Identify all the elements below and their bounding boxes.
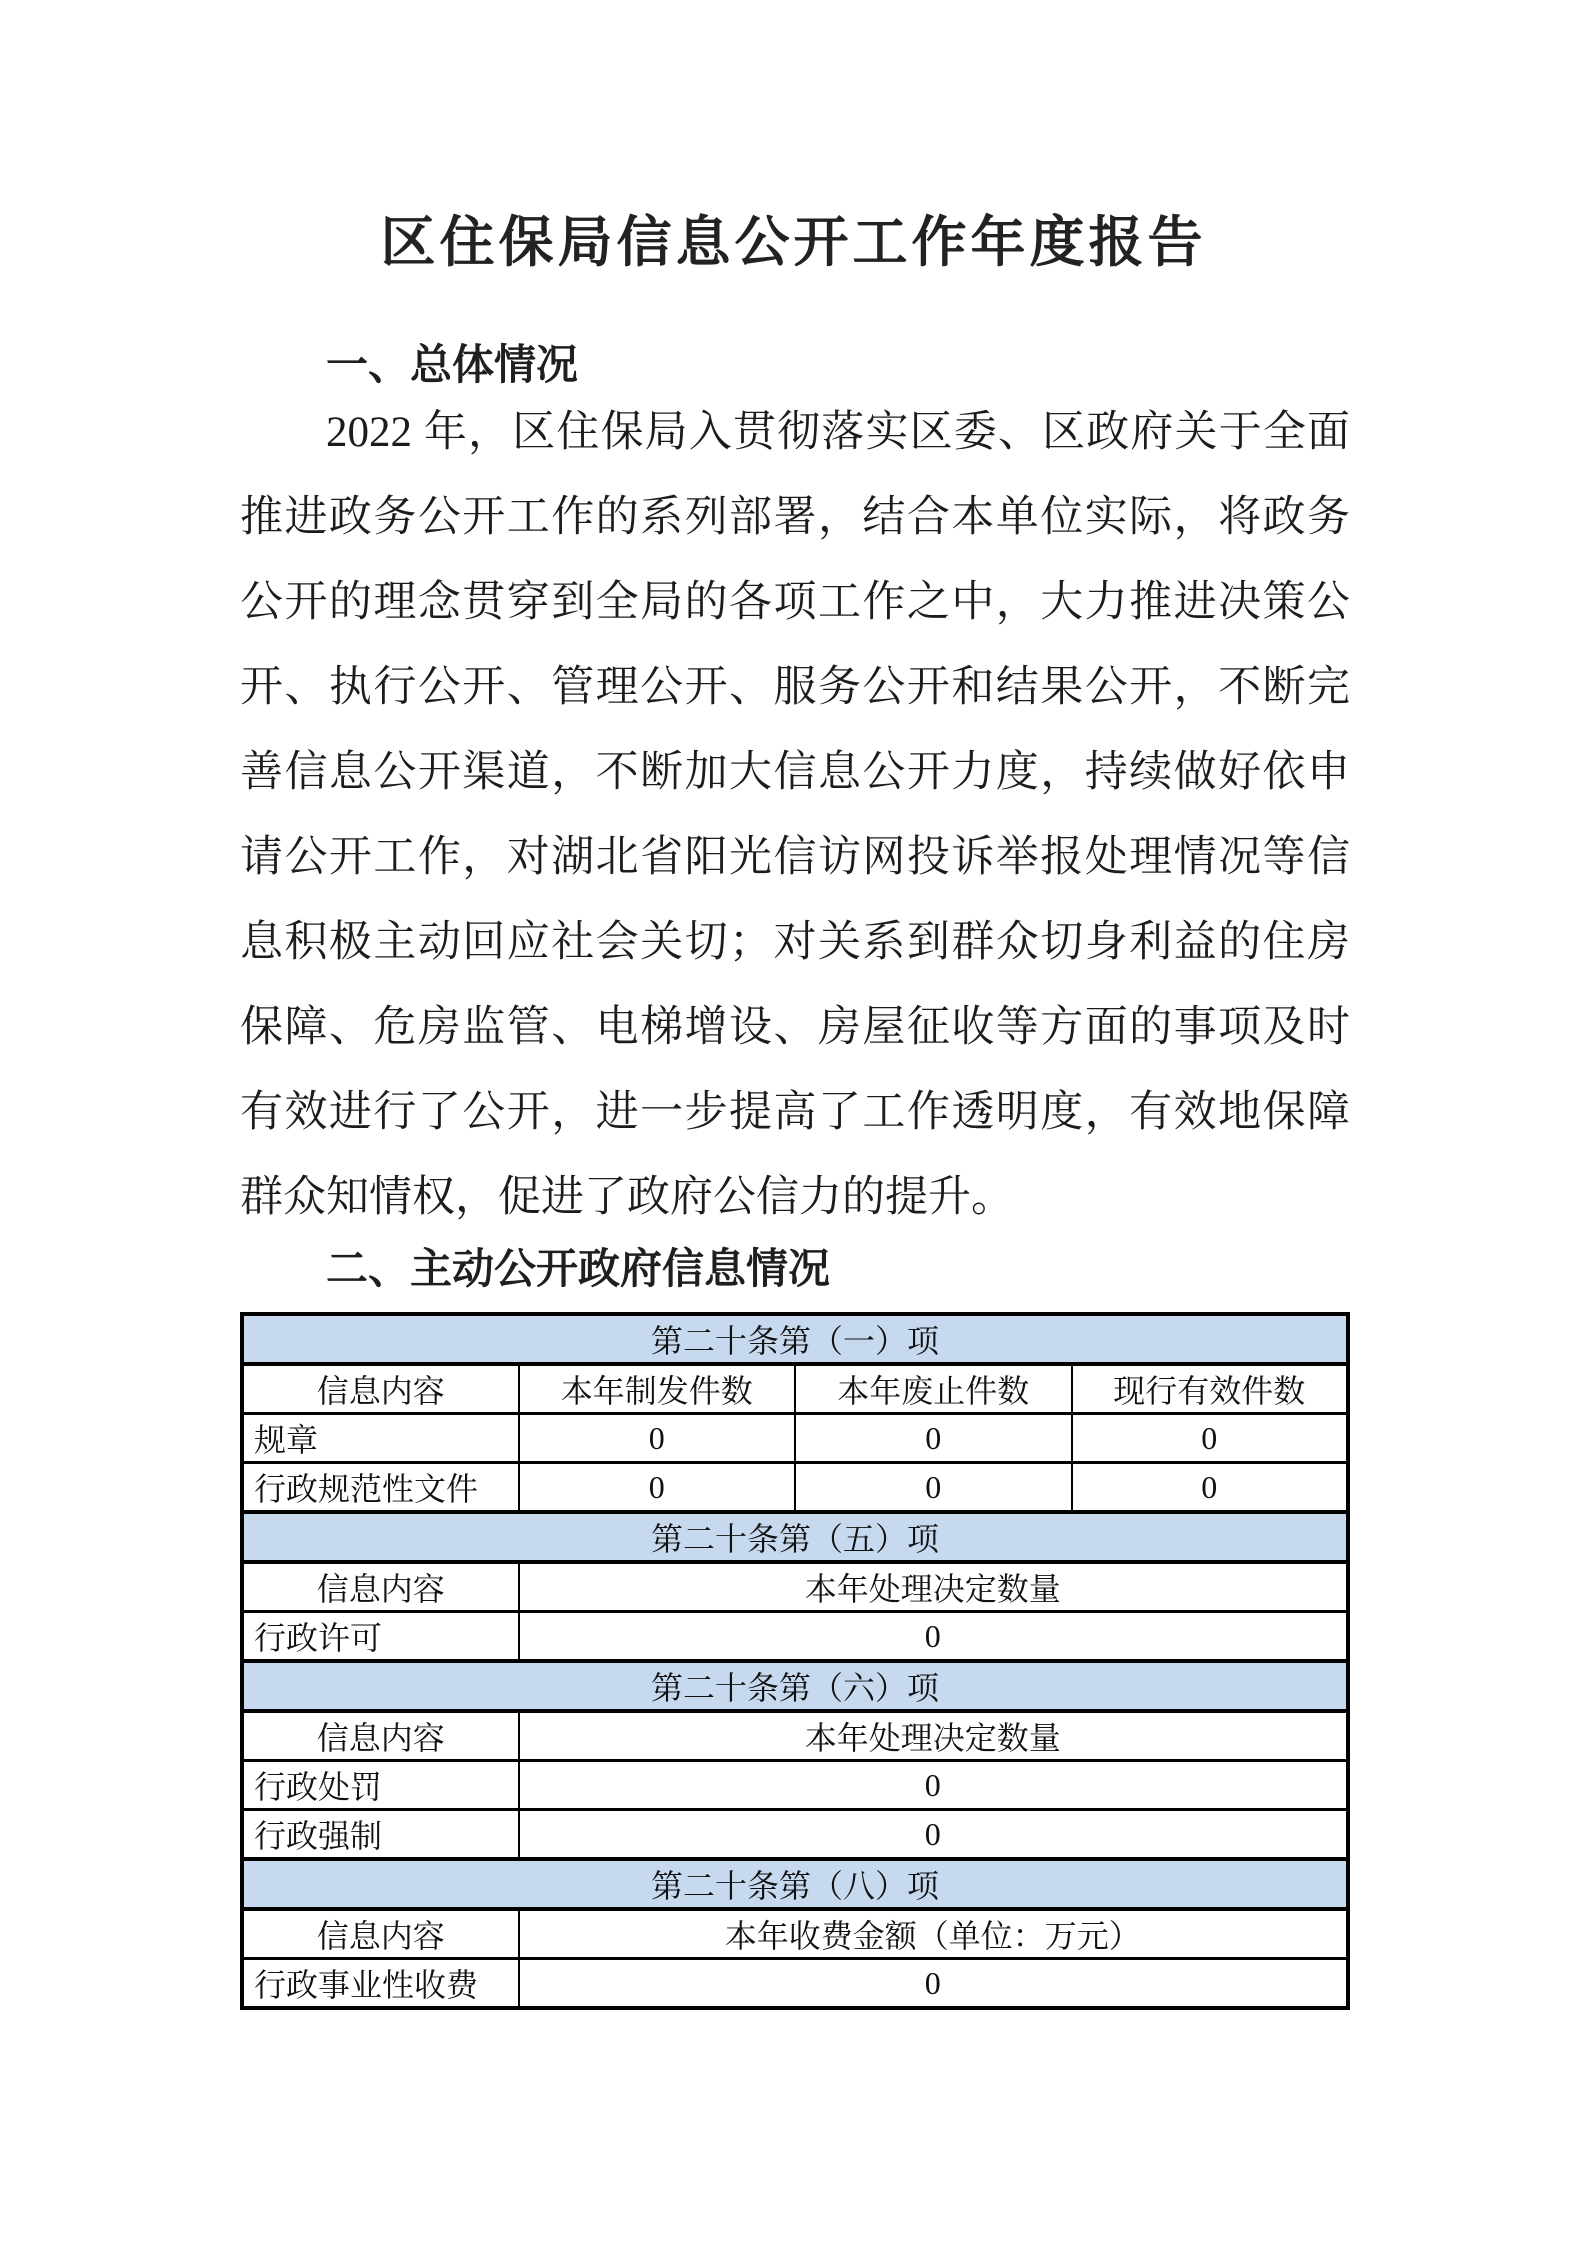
table-band-article-5: 第二十条第（五）项 <box>242 1512 1348 1562</box>
table-header-row: 信息内容 本年处理决定数量 <box>242 1711 1348 1761</box>
table-band-row: 第二十条第（八）项 <box>242 1859 1348 1909</box>
table-band-article-8: 第二十条第（八）项 <box>242 1859 1348 1909</box>
table-cell: 0 <box>795 1463 1072 1513</box>
table-header-row: 信息内容 本年处理决定数量 <box>242 1562 1348 1612</box>
table-cell: 0 <box>519 1414 796 1463</box>
table-row-label: 行政许可 <box>242 1612 519 1662</box>
table-row: 行政规范性文件 0 0 0 <box>242 1463 1348 1513</box>
section-heading-overview: 一、总体情况 <box>240 340 1350 390</box>
table-header-cell: 本年处理决定数量 <box>519 1711 1349 1761</box>
table-row-label: 行政处罚 <box>242 1761 519 1810</box>
document-content: 一、总体情况 2022 年，区住保局入贯彻落实区委、区政府关于全面推进政务公开工… <box>0 340 1587 2010</box>
table-band-row: 第二十条第（一）项 <box>242 1314 1348 1364</box>
table-row-label: 行政强制 <box>242 1810 519 1860</box>
table-cell: 0 <box>795 1414 1072 1463</box>
overview-paragraph: 2022 年，区住保局入贯彻落实区委、区政府关于全面推进政务公开工作的系列部署，… <box>240 390 1350 1240</box>
disclosure-table-wrapper: 第二十条第（一）项 信息内容 本年制发件数 本年废止件数 现行有效件数 规章 0… <box>240 1312 1350 2010</box>
table-header-row: 信息内容 本年收费金额（单位：万元） <box>242 1909 1348 1959</box>
table-row: 行政许可 0 <box>242 1612 1348 1662</box>
table-header-cell: 本年收费金额（单位：万元） <box>519 1909 1349 1959</box>
table-cell: 0 <box>519 1761 1349 1810</box>
table-cell: 0 <box>519 1463 796 1513</box>
table-band-article-6: 第二十条第（六）项 <box>242 1661 1348 1711</box>
table-header-cell: 信息内容 <box>242 1909 519 1959</box>
table-row: 规章 0 0 0 <box>242 1414 1348 1463</box>
table-band-row: 第二十条第（五）项 <box>242 1512 1348 1562</box>
disclosure-table: 第二十条第（一）项 信息内容 本年制发件数 本年废止件数 现行有效件数 规章 0… <box>240 1312 1350 2010</box>
table-header-cell: 信息内容 <box>242 1711 519 1761</box>
table-cell: 0 <box>1072 1414 1349 1463</box>
document-page: 区住保局信息公开工作年度报告 一、总体情况 2022 年，区住保局入贯彻落实区委… <box>0 0 1587 2245</box>
table-row-label: 规章 <box>242 1414 519 1463</box>
section-heading-disclosure: 二、主动公开政府信息情况 <box>240 1244 1350 1294</box>
table-header-cell: 现行有效件数 <box>1072 1364 1349 1414</box>
table-band-article-1: 第二十条第（一）项 <box>242 1314 1348 1364</box>
table-header-cell: 本年处理决定数量 <box>519 1562 1349 1612</box>
table-header-cell: 信息内容 <box>242 1364 519 1414</box>
table-header-cell: 本年制发件数 <box>519 1364 796 1414</box>
table-band-row: 第二十条第（六）项 <box>242 1661 1348 1711</box>
table-cell: 0 <box>519 1810 1349 1860</box>
table-header-cell: 信息内容 <box>242 1562 519 1612</box>
table-row-label: 行政规范性文件 <box>242 1463 519 1513</box>
table-row: 行政事业性收费 0 <box>242 1959 1348 2009</box>
table-header-cell: 本年废止件数 <box>795 1364 1072 1414</box>
page-title: 区住保局信息公开工作年度报告 <box>0 0 1587 274</box>
table-cell: 0 <box>1072 1463 1349 1513</box>
table-cell: 0 <box>519 1959 1349 2009</box>
table-row: 行政处罚 0 <box>242 1761 1348 1810</box>
table-header-row: 信息内容 本年制发件数 本年废止件数 现行有效件数 <box>242 1364 1348 1414</box>
table-row: 行政强制 0 <box>242 1810 1348 1860</box>
table-row-label: 行政事业性收费 <box>242 1959 519 2009</box>
table-cell: 0 <box>519 1612 1349 1662</box>
